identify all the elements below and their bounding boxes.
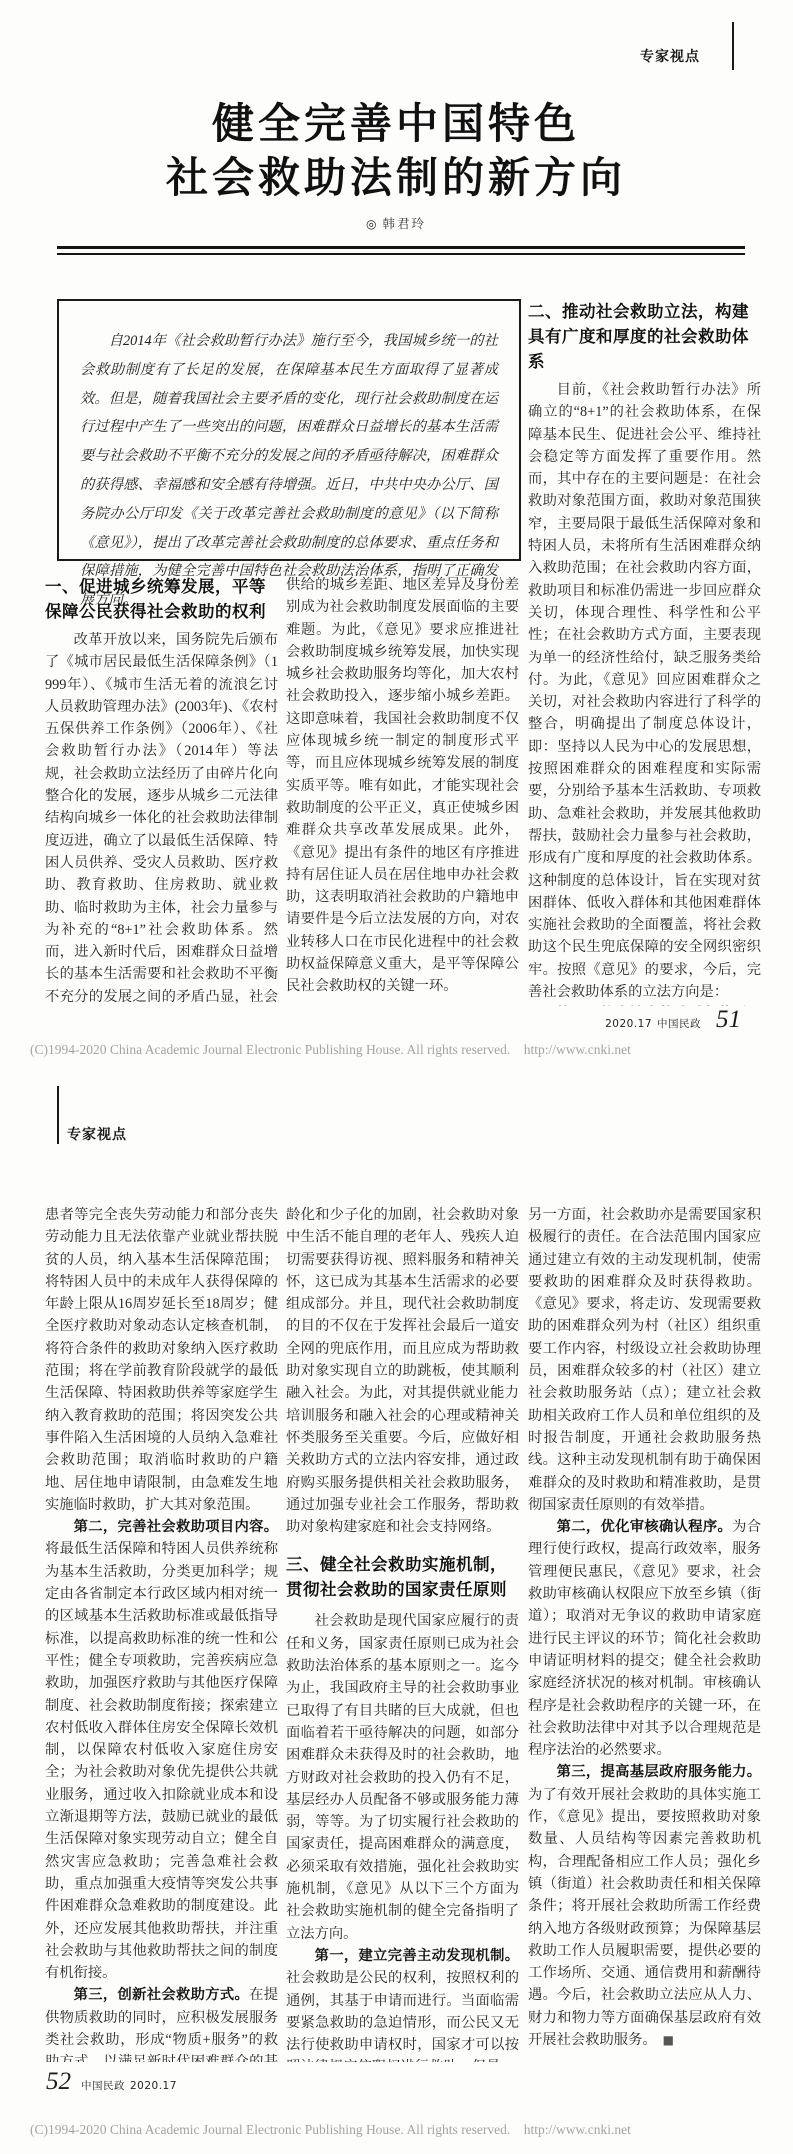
journal-name: 中国民政 [657,1018,701,1030]
page1-column-1: 一、促进城乡统筹发展，平等保障公民获得社会救助的权利 改革开放以来，国务院先后颁… [45,574,278,1004]
paragraph: 另一方面，社会救助亦是需要国家积极履行的责任。在合法范围内国家应通过建立有效的主… [528,1204,761,1516]
paragraph: 改革开放以来，国务院先后颁布了《城市居民最低生活保障条例》（1999年）、《城市… [45,629,278,1004]
paragraph: 供给的城乡差距、地区差异及身份差别成为社会救助制度发展面临的主要难题。为此，《意… [286,574,519,998]
paragraph: 第二，完善社会救助项目内容。将最低生活保障和特困人员供养统称为基本生活救助，分类… [45,1516,278,1984]
page-number: 52 [46,2068,71,2096]
page2-column-3: 另一方面，社会救助亦是需要国家积极履行的责任。在合法范围内国家应通过建立有效的主… [528,1204,761,2062]
section-tag-page1: 专家视点 [0,46,700,66]
paragraph-lead: 第二，优化审核确认程序。 [557,1519,732,1535]
section-heading-3: 三、健全社会救助实施机制，贯彻社会救助的国家责任原则 [286,1552,519,1602]
header-divider [57,246,745,255]
section-tag-page2: 专家视点 [67,1124,127,1144]
page1-column-2: 供给的城乡差距、地区差异及身份差别成为社会救助制度发展面临的主要难题。为此，《意… [286,574,519,1004]
paragraph-lead: 第三，创新社会救助方式。 [74,1987,249,2003]
journal-article-scan: 专家视点 健全完善中国特色 社会救助法制的新方向 ◎韩君玲 自2014年《社会救… [0,0,793,2154]
journal-name: 中国民政 [81,2080,125,2092]
issue-number: 2020.17 [130,2080,177,2092]
copyright-watermark-page2: (C)1994-2020 China Academic Journal Elec… [30,2122,770,2138]
section-heading-2: 二、推动社会救助立法，构建具有广度和厚度的社会救助体系 [528,299,761,374]
paragraph-text: 将最低生活保障和特困人员供养统称为基本生活救助，分类更加科学；规定由各省制定本行… [45,1541,278,1981]
author-affiliation-byline: 作者系北京理工大学法学院教授 [528,2061,761,2062]
paragraph-lead: 第三，提高基层政府服务能力。 [557,1764,761,1780]
paragraph: 社会救助是现代国家应履行的责任和义务，国家责任原则已成为社会救助法治体系的基本原… [286,1610,519,1944]
article-title: 健全完善中国特色 社会救助法制的新方向 [76,98,716,206]
page1-column-3: 二、推动社会救助立法，构建具有广度和厚度的社会救助体系 目前，《社会救助暂行办法… [528,299,761,1006]
page2-column-2: 龄化和少子化的加剧，社会救助对象中生活不能自理的老年人、残疾人迫切需要获得访视、… [286,1204,519,2062]
section-tag-rule-page1 [732,22,734,70]
paragraph: 目前，《社会救助暂行办法》所确立的“8+1”的社会救助体系，在保障基本民生、促进… [528,379,761,1003]
section-tag-rule-page2 [57,1086,59,1144]
abstract-box: 自2014年《社会救助暂行办法》施行至今，我国城乡统一的社会救助制度有了长足的发… [57,299,521,561]
copyright-watermark-page1: (C)1994-2020 China Academic Journal Elec… [30,1042,770,1058]
author-line: ◎韩君玲 [76,214,716,232]
page2-column-1: 患者等完全丧失劳动能力和部分丧失劳动能力且无法依靠产业就业帮扶脱贫的人员，纳入基… [45,1204,278,2062]
paragraph: 第一，建立完善主动发现机制。社会救助是公民的权利，按照权利的通例，其基于申请而进… [286,1945,519,2062]
paragraph-lead: 第一，建立完善主动发现机制。 [315,1948,519,1964]
title-line-2: 社会救助法制的新方向 [76,152,716,206]
paragraph-lead: 第二，完善社会救助项目内容。 [74,1519,278,1535]
abstract-text: 自2014年《社会救助暂行办法》施行至今，我国城乡统一的社会救助制度有了长足的发… [80,327,498,615]
paragraph: 第三，创新社会救助方式。在提供物质救助的同时，应积极发展服务类社会救助，形成“物… [45,1984,278,2062]
paragraph: 患者等完全丧失劳动能力和部分丧失劳动能力且无法依靠产业就业帮扶脱贫的人员，纳入基… [45,1204,278,1516]
title-line-1: 健全完善中国特色 [76,98,716,152]
journal-issue-info: 中国民政2020.17 [81,2078,182,2093]
paragraph: 第三，提高基层政府服务能力。为了有效开展社会救助的具体实施工作，《意见》提出，要… [528,1761,761,2051]
author-circle-icon: ◎ [366,217,378,231]
paragraph-text: 为合理行使行政权，提高行政效率，服务管理便民惠民，《意见》要求，社会救助审核确认… [528,1519,761,1758]
journal-issue-info: 2020.17中国民政 [605,1016,706,1031]
page1-footer: 2020.17中国民政 51 [605,1006,741,1034]
paragraph-text: 为了有效开展社会救助的具体实施工作，《意见》提出，要按照救助对象数量、人员结构等… [528,1787,761,2048]
section-heading-1: 一、促进城乡统筹发展，平等保障公民获得社会救助的权利 [45,574,278,624]
page-number: 51 [716,1006,741,1034]
paragraph: 龄化和少子化的加剧，社会救助对象中生活不能自理的老年人、残疾人迫切需要获得访视、… [286,1204,519,1538]
paragraph: 第二，优化审核确认程序。为合理行使行政权，提高行政效率，服务管理便民惠民，《意见… [528,1516,761,1761]
author-name: 韩君玲 [382,217,426,231]
article-end-mark-icon: ■ [663,2033,674,2047]
paragraph-text: 社会救助是公民的权利，按照权利的通例，其基于申请而进行。当面临需要紧急救助的急迫… [286,1970,519,2062]
issue-number: 2020.17 [605,1018,652,1030]
page2-footer: 52 中国民政2020.17 [46,2068,182,2096]
